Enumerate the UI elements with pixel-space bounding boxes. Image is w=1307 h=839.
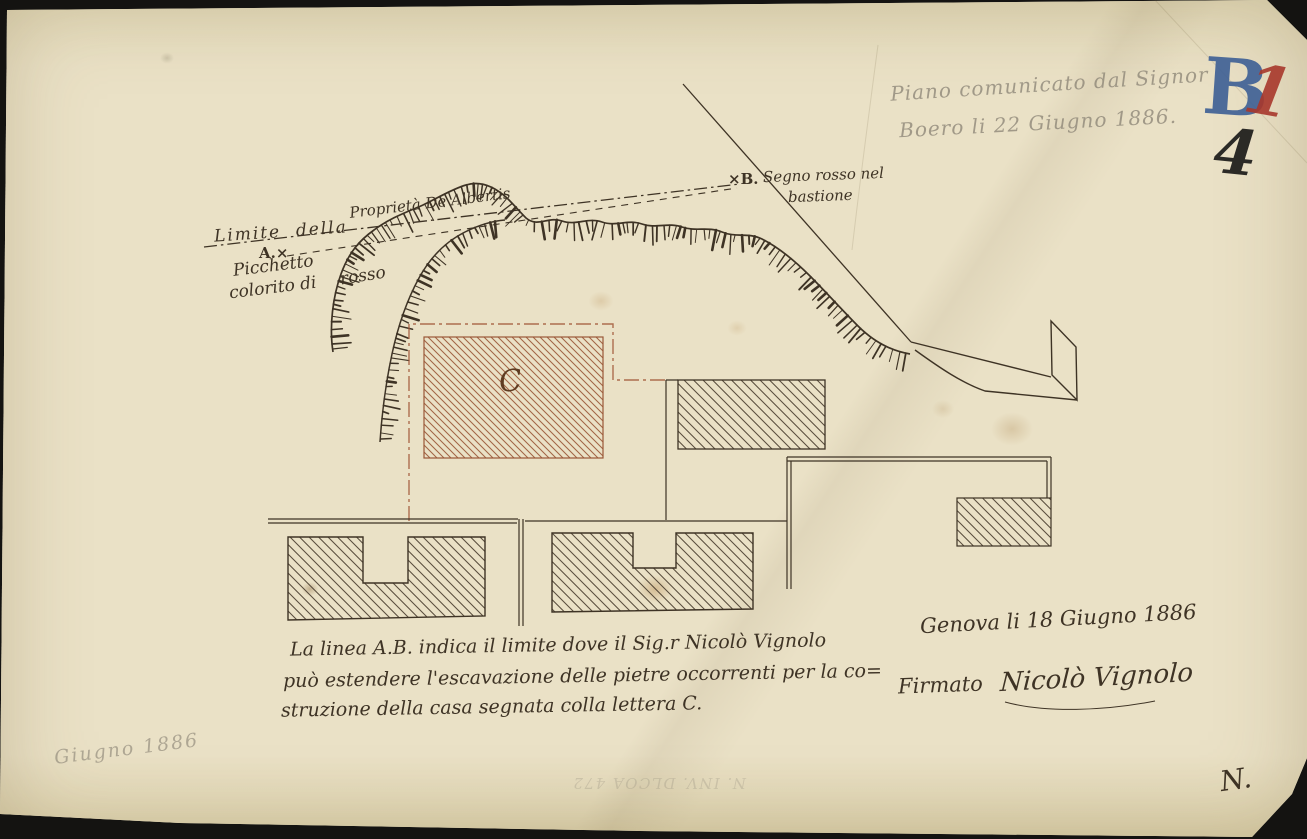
boundary-lines [204,84,911,342]
building-bottom-left-hatched [288,537,485,620]
house-letter-c: C [497,365,523,399]
chute-end-box [1051,321,1077,400]
buildings [268,380,1051,626]
point-b-label-line2: bastione [788,188,853,206]
paraph-mark: N. [1218,763,1253,797]
photographed-archival-plan: Limite della Proprietà De Albertis A.× P… [0,0,1307,839]
building-right-hatched [957,498,1051,546]
a-b-dashed-line [287,188,737,256]
building-middle-hatched [678,380,825,449]
long-diagonal-line [683,84,911,342]
inventory-stamp-inverted: N. INV. DLCOA 472 [572,774,746,790]
chute-structure [911,321,1077,400]
excavation-zone-red [409,324,667,521]
building-bottom-center-hatched [552,533,753,612]
point-b-marker: ×B. [728,172,758,188]
classification-number-black: 4 [1211,120,1260,186]
signature-flourish [1005,701,1155,709]
attestation-signed-label: Firmato [898,673,984,698]
